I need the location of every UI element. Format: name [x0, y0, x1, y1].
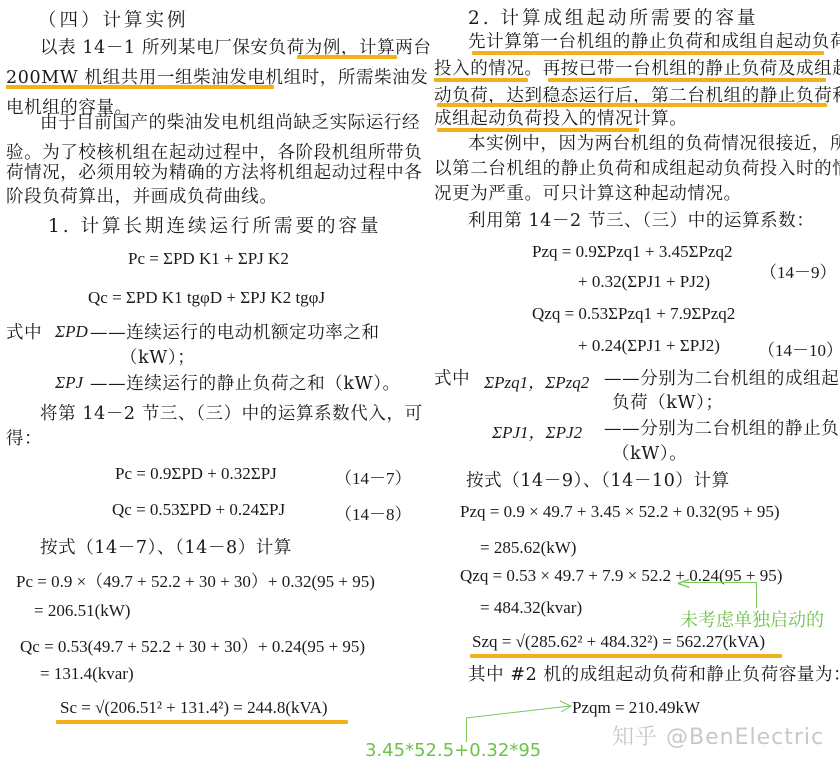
equation-14-9-line1: Pzq = 0.9ΣPzq1 + 3.45ΣPzq2: [532, 242, 732, 262]
arrow-left-icon: <: [676, 573, 691, 594]
equation-14-7: Pc = 0.9ΣPD + 0.32ΣPJ: [115, 464, 277, 484]
equation-number-14-9: （14－9）: [760, 258, 837, 283]
highlight-underline: [470, 654, 782, 658]
section-title: （四）计算实例: [38, 6, 189, 32]
right-calc-intro: 按式（14－9）、（14－10）计算: [466, 470, 730, 492]
calc-pc-result: = 206.51(kW): [34, 601, 130, 621]
equation-14-8: Qc = 0.53ΣPD + 0.24ΣPJ: [112, 500, 285, 520]
where-label: 式中: [434, 368, 470, 390]
highlight-underline: [6, 85, 274, 89]
pzqm-value: Pzqm = 210.49kW: [572, 698, 700, 718]
right-para2-line1: 本实例中，因为两台机组的负荷情况很接近，所: [468, 133, 840, 155]
def-pd-unit: （kW）；: [120, 347, 195, 369]
subsection-2-title: 2. 计算成组起动所需要的容量: [468, 4, 759, 30]
left-calc-intro: 按式（14－7）、（14－8）计算: [40, 537, 292, 559]
def2-unit: （kW）。: [612, 443, 687, 465]
equation-number-14-8: （14－8）: [335, 500, 412, 525]
left-para2-line4: 阶段负荷算出，并画成负荷曲线。: [6, 186, 278, 208]
equation-14-9-line2: + 0.32(ΣPJ1 + PJ2): [578, 272, 710, 292]
formula-qc: Qc = ΣPD K1 tgφD + ΣPJ K2 tgφJ: [88, 288, 325, 308]
def-pj-symbol: ΣPJ: [55, 373, 83, 393]
calc-qzq: Qzq = 0.53 × 49.7 + 7.9 × 52.2 + 0.24(95…: [460, 566, 782, 586]
note-no2-unit: 其中 #2 机的成组起动负荷和静止负荷容量为：: [468, 664, 840, 686]
equation-14-10-line2: + 0.24(ΣPJ1 + ΣPJ2): [578, 336, 720, 356]
right-para1-line1: 先计算第一台机组的静止负荷和成组自起动负荷: [468, 31, 840, 53]
annotation-leader-line: [756, 582, 757, 608]
def-pj-text: ——连续运行的静止负荷之和（kW）。: [90, 373, 401, 395]
highlight-underline: [434, 78, 528, 82]
calc-sc: Sc = √(206.51² + 131.4²) = 244.8(kVA): [60, 698, 328, 718]
calc-pzq: Pzq = 0.9 × 49.7 + 3.45 × 52.2 + 0.32(95…: [460, 502, 780, 522]
equation-number-14-7: （14－7）: [335, 464, 412, 489]
calc-szq: Szq = √(285.62² + 484.32²) = 562.27(kVA): [472, 632, 765, 652]
calc-pzq-result: = 285.62(kW): [480, 538, 576, 558]
highlight-underline: [437, 128, 639, 132]
left-para2-line2: 验。为了校核机组在起动过程中，各阶段机组所带负: [6, 142, 422, 164]
annotation-not-single-start: 未考虑单独启动的: [680, 606, 824, 632]
calc-pc: Pc = 0.9 ×（49.7 + 52.2 + 30 + 30）+ 0.32(…: [16, 567, 375, 592]
highlight-underline: [437, 103, 827, 107]
right-para1-line4: 成组起动负荷投入的情况计算。: [434, 108, 687, 130]
calc-qc: Qc = 0.53(49.7 + 52.2 + 30 + 30）+ 0.24(9…: [20, 632, 365, 657]
highlight-underline: [548, 78, 826, 82]
arrow-right-icon: [466, 700, 576, 722]
def1-text: ——分别为二台机组的成组起动: [604, 368, 840, 390]
left-para3-line1: 将第 14－2 节三、（三）中的运算系数代入，可: [40, 403, 423, 425]
def2-text: ——分别为二台机组的静止负荷: [604, 418, 840, 440]
annotation-leader-line: [684, 582, 756, 583]
equation-number-14-10: （14－10）: [758, 336, 840, 361]
subsection-1-title: 1. 计算长期连续运行所需要的容量: [48, 212, 382, 238]
right-para2-line3: 况更为严重。可只计算这种起动情况。: [434, 183, 742, 205]
highlight-underline: [297, 55, 397, 59]
right-para1-line2: 投入的情况。再按已带一台机组的静止负荷及成组起: [434, 58, 840, 80]
calc-qzq-result: = 484.32(kvar): [480, 598, 582, 618]
def-pd-text: ——连续运行的电动机额定功率之和: [90, 322, 380, 344]
annotation-formula: 3.45*52.5+0.32*95: [365, 740, 541, 761]
def1-unit: 负荷（kW）；: [612, 392, 724, 414]
equation-14-10-line1: Qzq = 0.53ΣPzq1 + 7.9ΣPzq2: [532, 304, 735, 324]
right-para2-line2: 以第二台机组的静止负荷和成组起动负荷投入时的情: [434, 158, 840, 180]
highlight-underline: [472, 51, 824, 55]
left-para3-line2: 得：: [6, 428, 42, 450]
left-para2-line1: 由于目前国产的柴油发电机组尚缺乏实际运行经: [40, 112, 420, 134]
formula-pc: Pc = ΣPD K1 + ΣPJ K2: [128, 249, 289, 269]
def-pd-symbol: ΣPD: [55, 322, 88, 342]
right-para3: 利用第 14－2 节三、（三）中的运算系数：: [468, 210, 814, 232]
def2-symbol: ΣPJ1，ΣPJ2: [492, 418, 582, 443]
highlight-underline: [56, 720, 348, 724]
where-label: 式中: [6, 322, 42, 344]
def1-symbol: ΣPzq1，ΣPzq2: [484, 368, 589, 393]
calc-qc-result: = 131.4(kvar): [40, 664, 134, 684]
watermark: 知乎 @BenElectric: [612, 720, 824, 751]
left-para2-line3: 荷情况，必须用较为精确的方法将机组起动过程中各: [6, 162, 422, 184]
